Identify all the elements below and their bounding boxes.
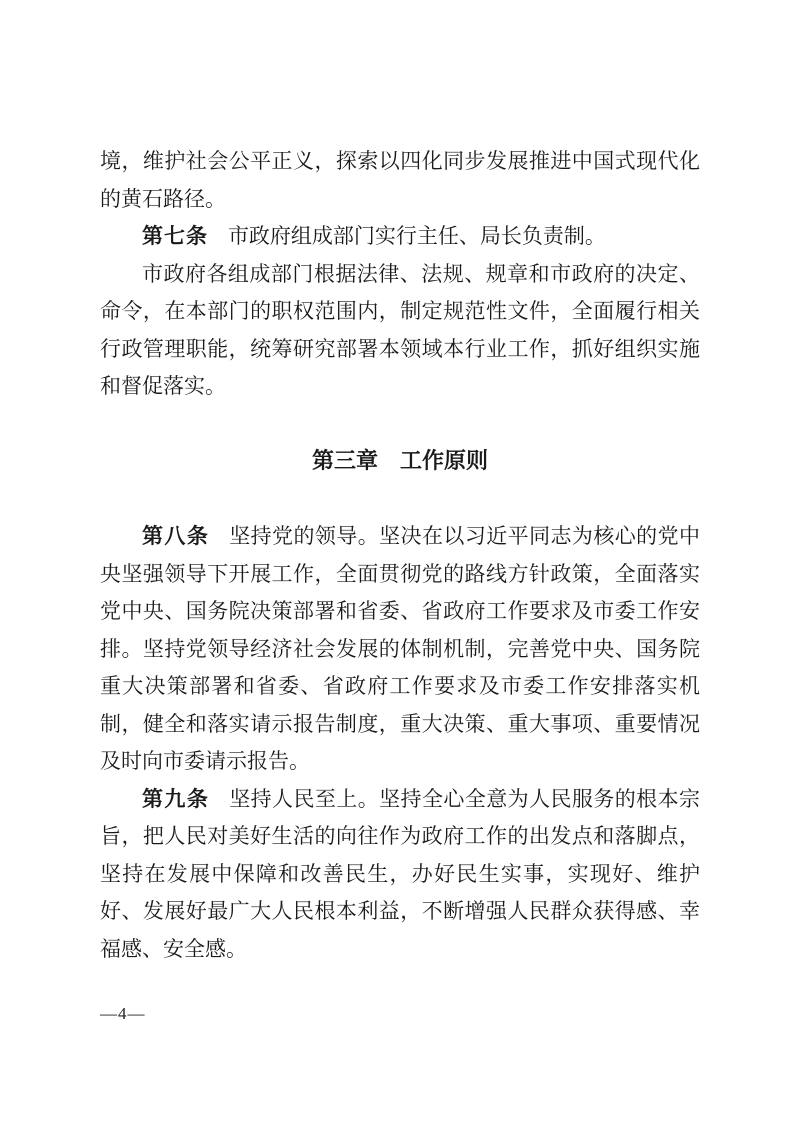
paragraph-article-8: 第八条坚持党的领导。坚决在以习近平同志为核心的党中央坚强领导下开展工作，全面贯彻… [100,518,700,781]
paragraph-article-9: 第九条坚持人民至上。坚持全心全意为人民服务的根本宗旨，把人民对美好生活的向往作为… [100,781,700,969]
paragraph-text: 坚持党的领导。坚决在以习近平同志为核心的党中央坚强领导下开展工作，全面贯彻党的路… [100,524,700,773]
chapter-3-heading: 第三章 工作原则 [100,442,700,480]
document-body: 境，维护社会公平正义，探索以四化同步发展推进中国式现代化的黄石路径。 第七条市政… [100,143,700,968]
page-number: —4— [100,1002,146,1026]
paragraph-continuation: 境，维护社会公平正义，探索以四化同步发展推进中国式现代化的黄石路径。 [100,143,700,218]
article-9-label: 第九条 [142,788,209,811]
paragraph-departments-duties: 市政府各组成部门根据法律、法规、规章和市政府的决定、命令，在本部门的职权范围内，… [100,256,700,406]
paragraph-article-7: 第七条市政府组成部门实行主任、局长负责制。 [100,218,700,256]
article-8-label: 第八条 [142,525,209,548]
article-7-label: 第七条 [142,225,208,248]
paragraph-text: 市政府各组成部门根据法律、法规、规章和市政府的决定、命令，在本部门的职权范围内，… [100,262,700,399]
paragraph-text: 境，维护社会公平正义，探索以四化同步发展推进中国式现代化的黄石路径。 [100,149,700,211]
document-page: 境，维护社会公平正义，探索以四化同步发展推进中国式现代化的黄石路径。 第七条市政… [0,0,794,1123]
paragraph-text: 坚持人民至上。坚持全心全意为人民服务的根本宗旨，把人民对美好生活的向往作为政府工… [100,787,700,961]
paragraph-text: 市政府组成部门实行主任、局长负责制。 [228,224,606,248]
